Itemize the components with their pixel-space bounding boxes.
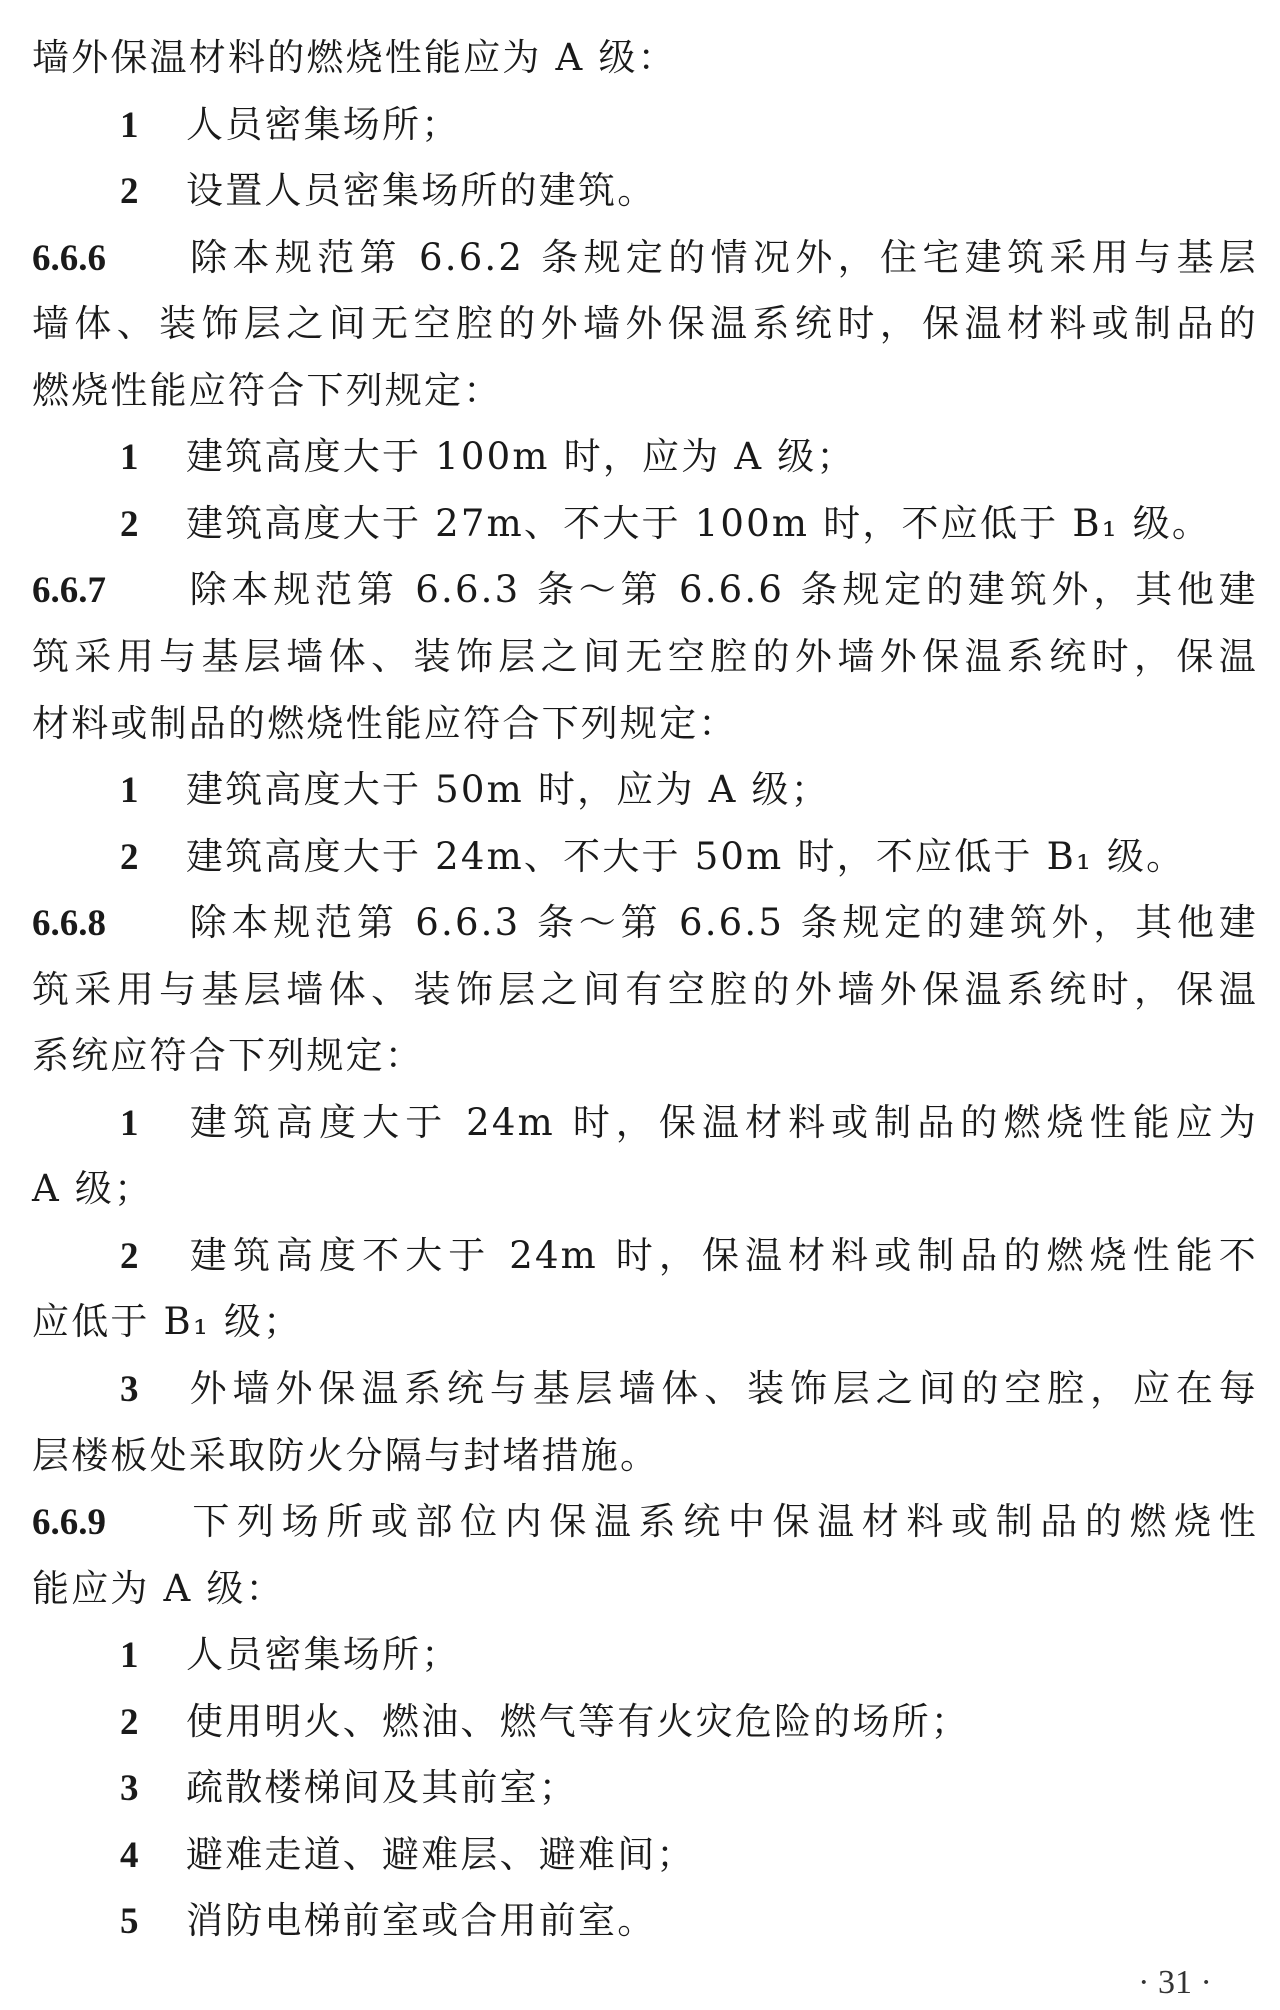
- list-item-number: 1: [120, 1091, 186, 1157]
- line-text: 建筑高度大于 24m、不大于 50m 时，不应低于 B₁ 级。: [186, 835, 1185, 878]
- list-item-line: 1建筑高度大于 24m 时，保温材料或制品的燃烧性能应为: [120, 1090, 1258, 1156]
- text-line: 墙体、装饰层之间无空腔的外墙外保温系统时，保温材料或制品的: [32, 291, 1258, 357]
- line-text: 人员密集场所；: [186, 1633, 460, 1676]
- line-text: 层楼板处采取防火分隔与封堵措施。: [32, 1434, 659, 1477]
- line-text: 建筑高度大于 24m 时，保温材料或制品的燃烧性能应为: [186, 1101, 1258, 1144]
- list-item-number: 2: [120, 825, 186, 891]
- line-text: 除本规范第 6.6.3 条～第 6.6.6 条规定的建筑外，其他建: [187, 568, 1258, 611]
- line-text: 筑采用与基层墙体、装饰层之间有空腔的外墙外保温系统时，保温: [32, 968, 1258, 1011]
- line-text: 建筑高度大于 50m 时，应为 A 级；: [186, 768, 830, 811]
- list-item-line: 1建筑高度大于 100m 时，应为 A 级；: [120, 424, 1258, 490]
- list-item-line: 4避难走道、避难层、避难间；: [120, 1822, 1258, 1888]
- line-text: 燃烧性能应符合下列规定：: [32, 369, 502, 412]
- line-text: 墙外保温材料的燃烧性能应为 A 级：: [32, 36, 677, 79]
- list-item-line: 3疏散楼梯间及其前室；: [120, 1755, 1258, 1821]
- list-item-number: 1: [120, 758, 186, 824]
- clause-number: 6.6.9: [32, 1490, 187, 1556]
- line-text: 筑采用与基层墙体、装饰层之间无空腔的外墙外保温系统时，保温: [32, 635, 1258, 678]
- list-item-line: 1建筑高度大于 50m 时，应为 A 级；: [120, 757, 1258, 823]
- text-line: 筑采用与基层墙体、装饰层之间无空腔的外墙外保温系统时，保温: [32, 624, 1258, 690]
- text-line: 能应为 A 级：: [32, 1556, 1258, 1622]
- line-text: 使用明火、燃油、燃气等有火灾危险的场所；: [186, 1700, 970, 1743]
- text-line: 层楼板处采取防火分隔与封堵措施。: [32, 1423, 1258, 1489]
- list-item-line: 1人员密集场所；: [120, 92, 1258, 158]
- line-text: 建筑高度大于 27m、不大于 100m 时，不应低于 B₁ 级。: [186, 502, 1211, 545]
- list-item-line: 2建筑高度不大于 24m 时，保温材料或制品的燃烧性能不: [120, 1223, 1258, 1289]
- line-text: 疏散楼梯间及其前室；: [186, 1766, 578, 1809]
- line-text: A 级；: [32, 1167, 153, 1210]
- text-line: 筑采用与基层墙体、装饰层之间有空腔的外墙外保温系统时，保温: [32, 957, 1258, 1023]
- clause-number: 6.6.7: [32, 558, 187, 624]
- list-item-number: 1: [120, 1623, 186, 1689]
- text-line: A 级；: [32, 1156, 1258, 1222]
- line-text: 系统应符合下列规定：: [32, 1034, 424, 1077]
- text-line: 燃烧性能应符合下列规定：: [32, 358, 1258, 424]
- clause-heading-line: 6.6.6除本规范第 6.6.2 条规定的情况外，住宅建筑采用与基层: [32, 225, 1258, 291]
- clause-heading-line: 6.6.9下列场所或部位内保温系统中保温材料或制品的燃烧性: [32, 1489, 1258, 1555]
- list-item-number: 2: [120, 1690, 186, 1756]
- line-text: 除本规范第 6.6.2 条规定的情况外，住宅建筑采用与基层: [187, 236, 1258, 279]
- line-text: 外墙外保温系统与基层墙体、装饰层之间的空腔，应在每: [186, 1367, 1258, 1410]
- list-item-number: 1: [120, 93, 186, 159]
- list-item-line: 2建筑高度大于 27m、不大于 100m 时，不应低于 B₁ 级。: [120, 491, 1258, 557]
- line-text: 消防电梯前室或合用前室。: [186, 1899, 656, 1942]
- list-item-line: 2建筑高度大于 24m、不大于 50m 时，不应低于 B₁ 级。: [120, 824, 1258, 890]
- line-text: 避难走道、避难层、避难间；: [186, 1833, 696, 1876]
- line-text: 人员密集场所；: [186, 103, 460, 146]
- line-text: 建筑高度不大于 24m 时，保温材料或制品的燃烧性能不: [186, 1234, 1258, 1277]
- list-item-number: 4: [120, 1823, 186, 1889]
- clause-number: 6.6.6: [32, 226, 187, 292]
- line-text: 建筑高度大于 100m 时，应为 A 级；: [186, 435, 856, 478]
- line-text: 墙体、装饰层之间无空腔的外墙外保温系统时，保温材料或制品的: [32, 302, 1258, 345]
- clause-number: 6.6.8: [32, 891, 187, 957]
- line-text: 材料或制品的燃烧性能应符合下列规定：: [32, 702, 738, 745]
- list-item-line: 5消防电梯前室或合用前室。: [120, 1888, 1258, 1954]
- clause-heading-line: 6.6.8除本规范第 6.6.3 条～第 6.6.5 条规定的建筑外，其他建: [32, 890, 1258, 956]
- list-item-number: 3: [120, 1357, 186, 1423]
- line-text: 应低于 B₁ 级；: [32, 1300, 302, 1343]
- clause-heading-line: 6.6.7除本规范第 6.6.3 条～第 6.6.6 条规定的建筑外，其他建: [32, 557, 1258, 623]
- list-item-line: 1人员密集场所；: [120, 1622, 1258, 1688]
- line-text: 下列场所或部位内保温系统中保温材料或制品的燃烧性: [187, 1500, 1258, 1543]
- list-item-number: 2: [120, 159, 186, 225]
- line-text: 能应为 A 级：: [32, 1567, 285, 1610]
- line-text: 设置人员密集场所的建筑。: [186, 169, 656, 212]
- list-item-line: 2使用明火、燃油、燃气等有火灾危险的场所；: [120, 1689, 1258, 1755]
- list-item-number: 3: [120, 1756, 186, 1822]
- text-line: 材料或制品的燃烧性能应符合下列规定：: [32, 691, 1258, 757]
- list-item-number: 1: [120, 425, 186, 491]
- list-item-line: 2设置人员密集场所的建筑。: [120, 158, 1258, 224]
- list-item-line: 3外墙外保温系统与基层墙体、装饰层之间的空腔，应在每: [120, 1356, 1258, 1422]
- list-item-number: 2: [120, 1224, 186, 1290]
- text-line: 墙外保温材料的燃烧性能应为 A 级：: [32, 25, 1258, 91]
- line-text: 除本规范第 6.6.3 条～第 6.6.5 条规定的建筑外，其他建: [187, 901, 1258, 944]
- list-item-number: 5: [120, 1889, 186, 1955]
- list-item-number: 2: [120, 492, 186, 558]
- document-page: 墙外保温材料的燃烧性能应为 A 级：1人员密集场所；2设置人员密集场所的建筑。6…: [0, 0, 1280, 2010]
- text-line: 系统应符合下列规定：: [32, 1023, 1258, 1089]
- text-line: 应低于 B₁ 级；: [32, 1289, 1258, 1355]
- page-number: · 31 ·: [1110, 1960, 1240, 2006]
